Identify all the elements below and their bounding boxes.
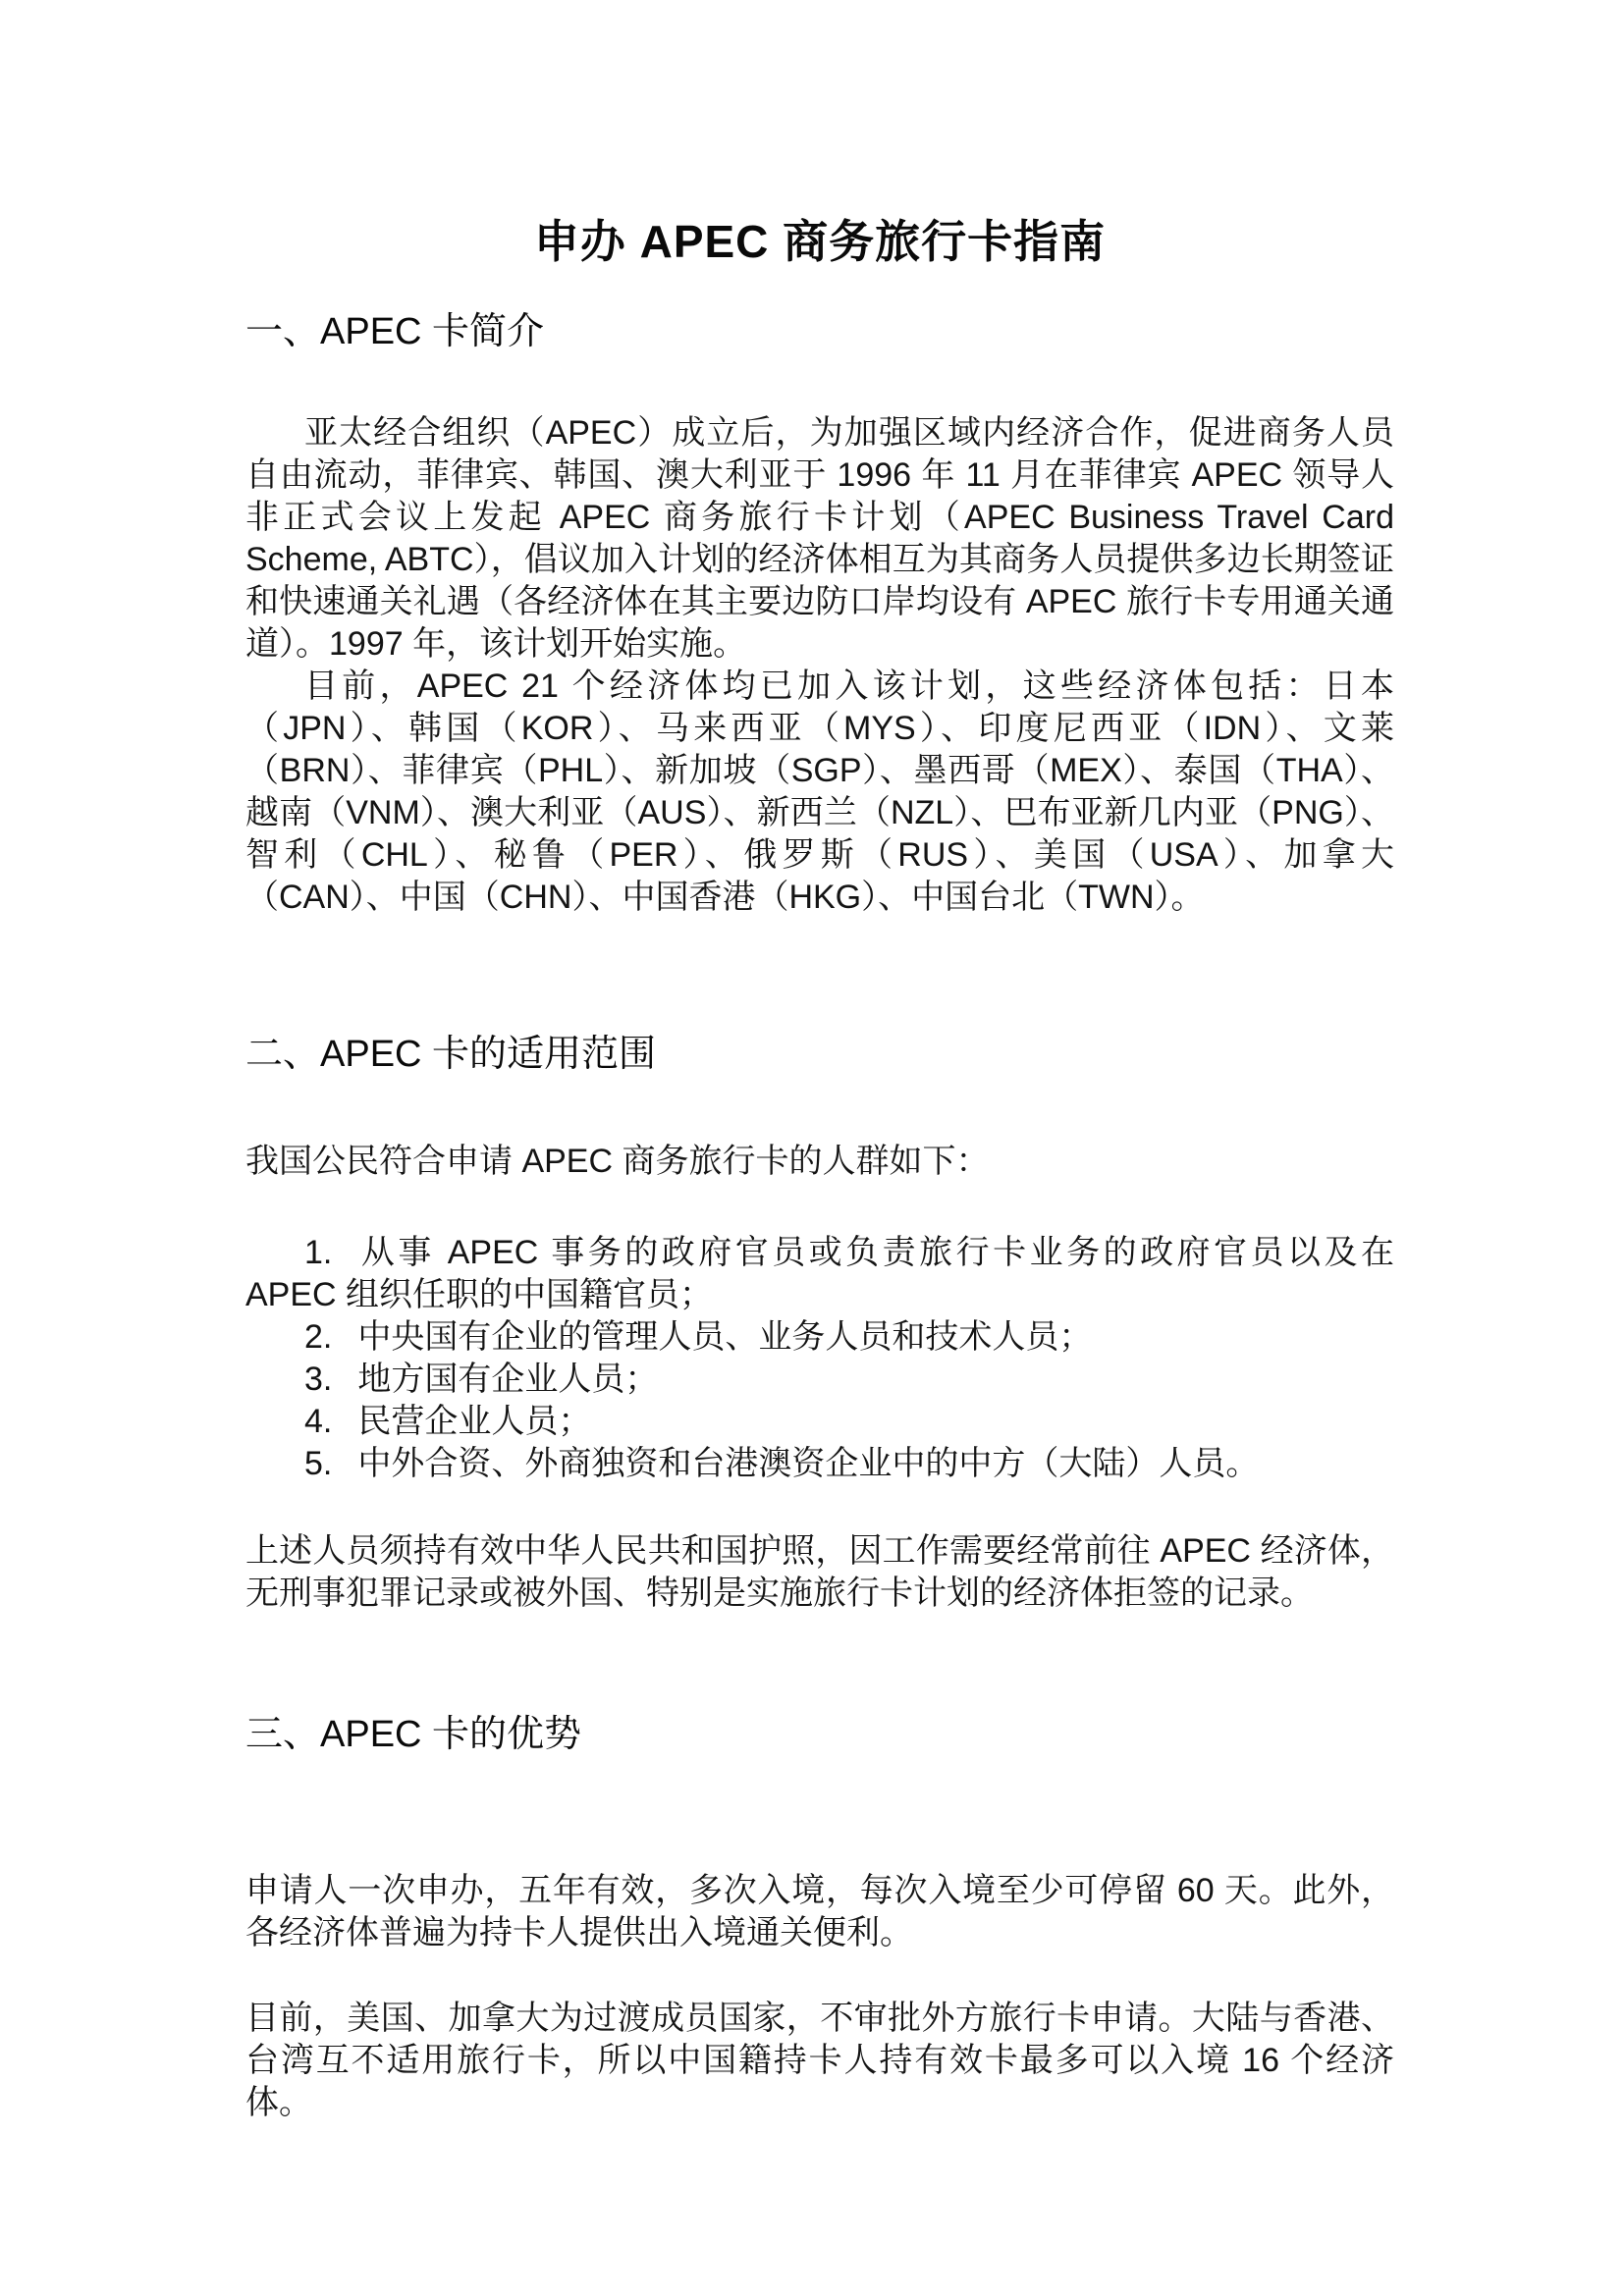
eligibility-requirements-note: 上述人员须持有效中华人民共和国护照，因工作需要经常前往 APEC 经济体，无刑事… (245, 1530, 1394, 1615)
list-item-1-text: 从事 APEC 事务的政府官员或负责旅行卡业务的政府官员以及在 APEC 组织任… (245, 1234, 1394, 1313)
list-item-1: 1.从事 APEC 事务的政府官员或负责旅行卡业务的政府官员以及在 APEC 组… (245, 1232, 1394, 1316)
section-3-heading: 三、APEC 卡的优势 (245, 1709, 1394, 1760)
list-item-2: 2.中央国有企业的管理人员、业务人员和技术人员； (245, 1316, 1394, 1359)
section-1-body: 亚太经合组织（APEC）成立后，为加强区域内经济合作，促进商务人员自由流动，菲律… (245, 412, 1394, 919)
document-title: 申办 APEC 商务旅行卡指南 (245, 212, 1394, 271)
list-item-5-number: 5. (304, 1443, 332, 1485)
paragraph-transitional-members: 目前，美国、加拿大为过渡成员国家，不审批外方旅行卡申请。大陆与香港、台湾互不适用… (245, 1998, 1394, 2124)
paragraph-apec-history: 亚太经合组织（APEC）成立后，为加强区域内经济合作，促进商务人员自由流动，菲律… (245, 412, 1394, 666)
list-item-1-number: 1. (304, 1232, 332, 1274)
eligibility-list: 1.从事 APEC 事务的政府官员或负责旅行卡业务的政府官员以及在 APEC 组… (245, 1232, 1394, 1485)
list-item-2-number: 2. (304, 1316, 332, 1359)
section-1-heading: 一、APEC 卡简介 (245, 306, 1394, 357)
list-item-3-text: 地方国有企业人员； (357, 1361, 658, 1398)
list-item-5: 5.中外合资、外商独资和台港澳资企业中的中方（大陆）人员。 (245, 1443, 1394, 1485)
paragraph-member-economies: 目前，APEC 21 个经济体均已加入该计划，这些经济体包括：日本（JPN）、韩… (245, 666, 1394, 919)
section-2-heading: 二、APEC 卡的适用范围 (245, 1029, 1394, 1080)
eligibility-intro: 我国公民符合申请 APEC 商务旅行卡的人群如下： (245, 1141, 1394, 1183)
document-page: 申办 APEC 商务旅行卡指南 一、APEC 卡简介 亚太经合组织（APEC）成… (0, 0, 1624, 2296)
paragraph-card-validity: 申请人一次申办，五年有效，多次入境，每次入境至少可停留 60 天。此外，各经济体… (245, 1870, 1394, 1954)
list-item-3-number: 3. (304, 1359, 332, 1401)
list-item-4: 4.民营企业人员； (245, 1401, 1394, 1443)
list-item-3: 3.地方国有企业人员； (245, 1359, 1394, 1401)
list-item-4-number: 4. (304, 1401, 332, 1443)
list-item-2-text: 中央国有企业的管理人员、业务人员和技术人员； (357, 1318, 1092, 1356)
list-item-4-text: 民营企业人员； (357, 1403, 591, 1440)
list-item-5-text: 中外合资、外商独资和台港澳资企业中的中方（大陆）人员。 (357, 1445, 1259, 1482)
